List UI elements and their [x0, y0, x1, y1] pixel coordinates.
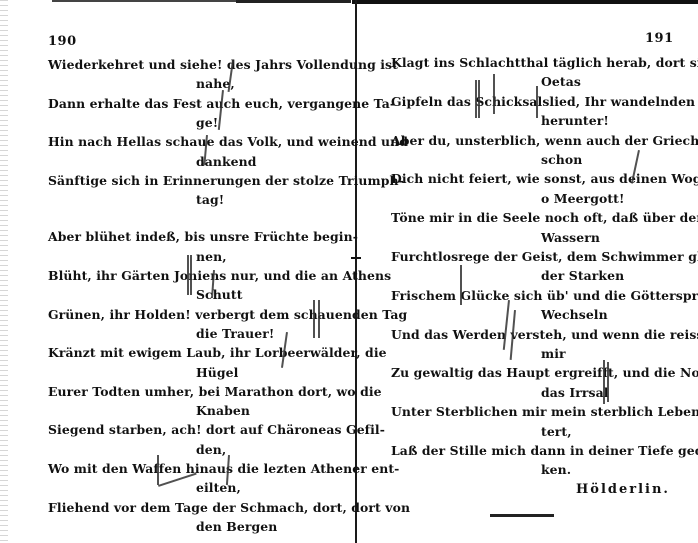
- pencil-mark: [157, 455, 159, 485]
- pencil-mark: [536, 86, 538, 118]
- verse-line-continuation: Oetas: [541, 74, 581, 89]
- verse-line: Klagt ins Schlachtthal täglich herab, do…: [391, 55, 663, 70]
- verse-line-continuation: Hügel: [196, 365, 238, 380]
- top-edge-rule: [236, 0, 351, 3]
- author-signature: Hölderlin.: [576, 482, 670, 497]
- verse-line: Eurer Todten umher, bei Marathon dort, w…: [48, 384, 314, 399]
- verse-line: Sänftige sich in Erinnerungen der stolze…: [48, 173, 314, 188]
- gutter-mark: [351, 257, 361, 259]
- pencil-mark: [607, 362, 609, 402]
- verse-line-continuation: tag!: [196, 192, 224, 207]
- pencil-mark: [187, 255, 189, 295]
- verse-line: Unter Sterblichen mir mein sterblich Leb…: [391, 404, 663, 419]
- verse-line-continuation: ge!: [196, 115, 218, 130]
- verse-line-continuation: Knaben: [196, 403, 250, 418]
- verse-line-continuation: der Starken: [541, 268, 624, 283]
- verse-line-continuation: eilten,: [196, 480, 241, 495]
- verse-line: Dann erhalte das Fest auch euch, vergang…: [48, 96, 314, 111]
- verse-line: Laß der Stille mich dann in deiner Tiefe…: [391, 443, 663, 458]
- pencil-mark: [603, 360, 605, 404]
- verse-line: Hin nach Hellas schaue das Volk, und wei…: [48, 134, 314, 149]
- pencil-mark: [318, 300, 320, 338]
- book-spread: 190 Wiederkehret und siehe! des Jahrs Vo…: [0, 0, 698, 543]
- verse-line-continuation: ken.: [541, 462, 571, 477]
- verse-line: Zu gewaltig das Haupt ergreifft, und die…: [391, 365, 663, 380]
- verse-line-continuation: Wassern: [541, 230, 600, 245]
- verse-line: Frischem Glücke sich üb' und die Götters…: [391, 288, 663, 303]
- verse-line-continuation: mir: [541, 346, 566, 361]
- pencil-mark: [190, 255, 192, 295]
- verse-line: Fliehend vor dem Tage der Schmach, dort,…: [48, 500, 314, 515]
- verse-line: Dich nicht feiert, wie sonst, aus deinen…: [391, 171, 663, 186]
- pencil-mark: [493, 74, 495, 114]
- verse-line-continuation: das Irrsal: [541, 385, 609, 400]
- verse-line: Gipfeln das Schicksalslied, Ihr wandelnd…: [391, 94, 663, 109]
- pencil-mark: [475, 80, 477, 118]
- verse-line: Kränzt mit ewigem Laub, ihr Lorbeerwälde…: [48, 345, 314, 360]
- end-rule: [490, 514, 554, 517]
- verse-line: Furchtlosrege der Geist, dem Schwimmer g…: [391, 249, 663, 264]
- verse-line: Siegend starben, ach! dort auf Chäroneas…: [48, 422, 314, 437]
- verse-line-continuation: den Bergen: [196, 519, 277, 534]
- verse-line-continuation: Schutt: [196, 287, 243, 302]
- verse-line: Aber du, unsterblich, wenn auch der Grie…: [391, 133, 663, 148]
- verse-line-continuation: die Trauer!: [196, 326, 274, 341]
- verse-line-continuation: o Meergott!: [541, 191, 625, 206]
- page-edge-speckle: [0, 0, 8, 543]
- verse-line: Wiederkehret und siehe! des Jahrs Vollen…: [48, 57, 314, 72]
- page-number: 190: [48, 34, 77, 49]
- verse-line-continuation: nen,: [196, 249, 227, 264]
- verse-line-continuation: Wechseln: [541, 307, 608, 322]
- verse-line: Blüht, ihr Gärten Joniens nur, und die a…: [48, 268, 314, 283]
- verse-line: Aber blühet indeß, bis unsre Früchte beg…: [48, 229, 314, 244]
- verse-line: Wo mit den Waffen hinaus die lezten Athe…: [48, 461, 314, 476]
- verse-line-continuation: herunter!: [541, 113, 609, 128]
- pencil-mark: [478, 80, 480, 118]
- pencil-mark: [313, 300, 315, 338]
- verse-line: Töne mir in die Seele noch oft, daß über…: [391, 210, 663, 225]
- verse-line: Und das Werden versteh, und wenn die rei…: [391, 327, 663, 342]
- top-edge-rule: [352, 0, 698, 4]
- verse-line-continuation: tert,: [541, 424, 572, 439]
- verse-line-continuation: den,: [196, 442, 226, 457]
- pencil-mark: [503, 300, 510, 350]
- verse-line-continuation: schon: [541, 152, 582, 167]
- verse-line: Grünen, ihr Holden! verbergt dem schauen…: [48, 307, 314, 322]
- page-number: 191: [645, 31, 674, 46]
- pencil-mark: [460, 265, 462, 305]
